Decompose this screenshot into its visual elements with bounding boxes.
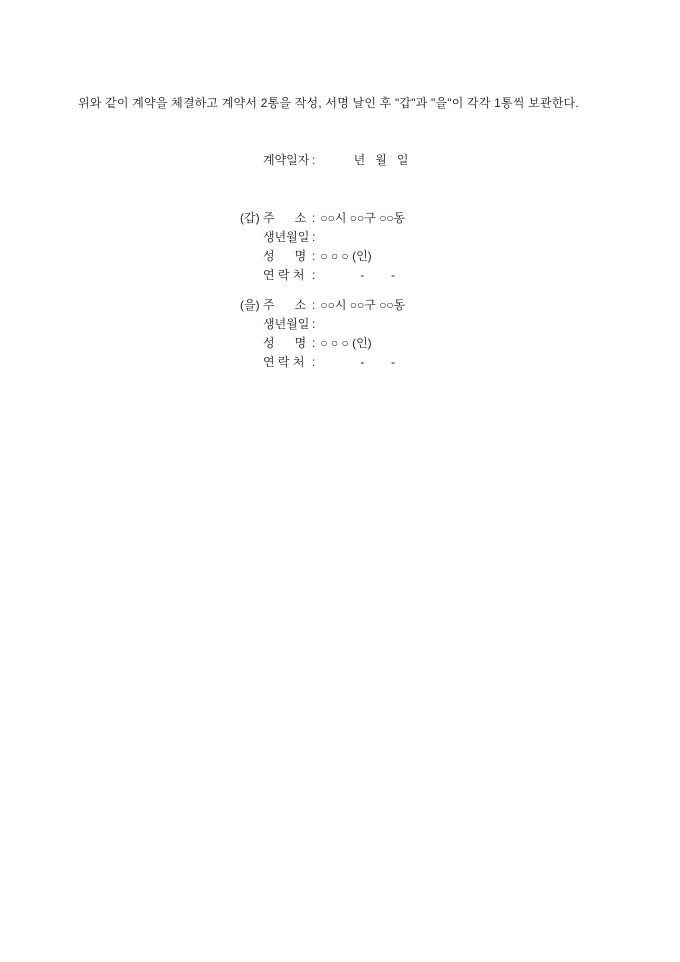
party-block-eul: (을)주 소:○○시 ○○구 ○○동 생년월일: 성 명:○ ○ ○ (인) 연… xyxy=(240,296,405,372)
field-value-address: ○○시 ○○구 ○○동 xyxy=(320,211,405,225)
field-colon: : xyxy=(312,230,315,244)
field-row-address: (을)주 소:○○시 ○○구 ○○동 xyxy=(240,296,405,315)
contract-date-line: 계약일자: 년 월 일 xyxy=(263,151,408,168)
field-row-name: 성 명:○ ○ ○ (인) xyxy=(240,247,405,266)
field-colon: : xyxy=(312,268,315,282)
field-colon: : xyxy=(312,249,315,263)
field-label-birthdate: 생년월일 xyxy=(263,228,312,247)
field-value-contact: - - xyxy=(320,268,395,282)
field-label-birthdate: 생년월일 xyxy=(263,315,312,334)
closing-statement: 위와 같이 계약을 체결하고 계약서 2통을 작성, 서명 날인 후 "갑"과 … xyxy=(78,94,579,111)
field-label-address: 주 소 xyxy=(263,209,312,228)
field-colon: : xyxy=(312,355,315,369)
party-block-gap: (갑)주 소:○○시 ○○구 ○○동 생년월일: 성 명:○ ○ ○ (인) 연… xyxy=(240,209,405,285)
field-label-contact: 연 락 처 xyxy=(263,353,312,372)
field-colon: : xyxy=(312,298,315,312)
field-colon: : xyxy=(312,211,315,225)
party-designation: (갑) xyxy=(240,209,263,228)
contract-date-label: 계약일자 xyxy=(263,151,312,168)
field-label-name: 성 명 xyxy=(263,334,312,353)
contract-date-colon: : xyxy=(312,153,315,167)
field-value-name: ○ ○ ○ (인) xyxy=(320,249,371,263)
field-colon: : xyxy=(312,317,315,331)
contract-date-value: 년 월 일 xyxy=(320,153,408,167)
party-designation: (을) xyxy=(240,296,263,315)
field-row-birthdate: 생년월일: xyxy=(240,315,405,334)
field-label-contact: 연 락 처 xyxy=(263,266,312,285)
field-row-contact: 연 락 처: - - xyxy=(240,353,405,372)
contract-document-page: 위와 같이 계약을 체결하고 계약서 2통을 작성, 서명 날인 후 "갑"과 … xyxy=(0,0,680,962)
field-value-address: ○○시 ○○구 ○○동 xyxy=(320,298,405,312)
field-value-name: ○ ○ ○ (인) xyxy=(320,336,371,350)
field-label-name: 성 명 xyxy=(263,247,312,266)
field-row-name: 성 명:○ ○ ○ (인) xyxy=(240,334,405,353)
field-label-address: 주 소 xyxy=(263,296,312,315)
field-row-contact: 연 락 처: - - xyxy=(240,266,405,285)
field-row-birthdate: 생년월일: xyxy=(240,228,405,247)
field-colon: : xyxy=(312,336,315,350)
field-row-address: (갑)주 소:○○시 ○○구 ○○동 xyxy=(240,209,405,228)
field-value-contact: - - xyxy=(320,355,395,369)
